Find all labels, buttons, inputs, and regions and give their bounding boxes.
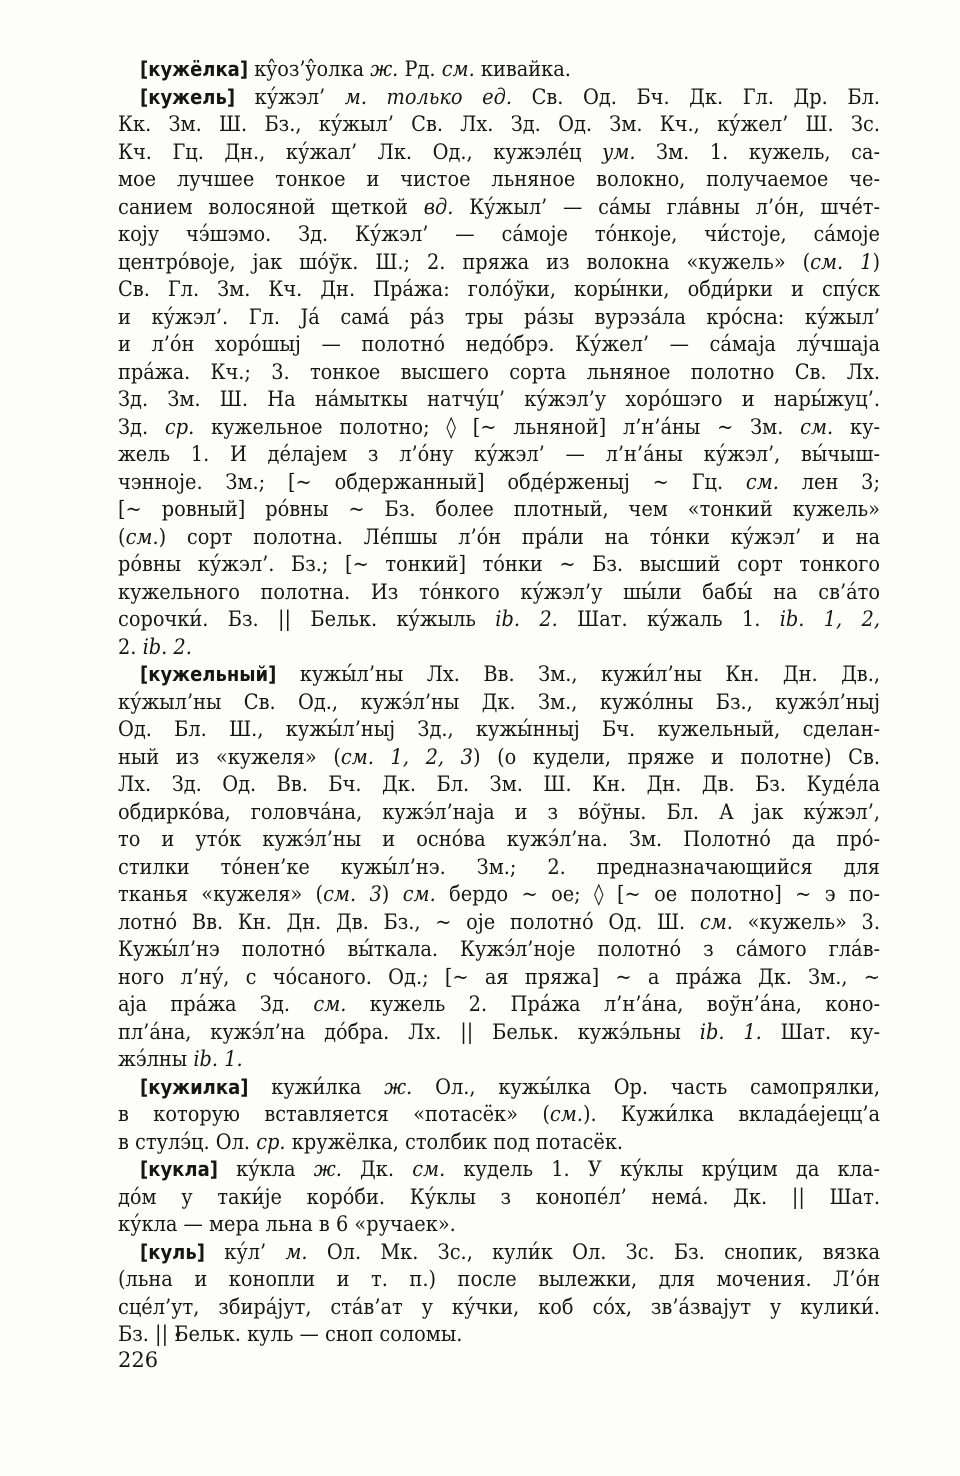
entry-line: тканья «кужеля» (см. 3) см. бердо ~ ое; …: [118, 881, 880, 909]
entry-text: тканья «кужеля» (см. 3) см. бердо ~ ое; …: [118, 882, 880, 907]
entries-list: [кужёлка] кŷоз’ŷолка ж. Рд. см. кивайка.…: [118, 56, 880, 1349]
headword: [кужельный]: [140, 662, 276, 686]
entry-text: [~ ровный] рóвны ~ Бз. более плотный, че…: [118, 497, 880, 522]
dictionary-page: [кужёлка] кŷоз’ŷолка ж. Рд. см. кивайка.…: [118, 56, 880, 1349]
entry-text: санием волосяной щеткой вд. Ку́жыл’ — сá…: [118, 195, 880, 220]
dictionary-entry: [кужель] ку́жэл’ м. только ед. Св. Од. Б…: [118, 84, 880, 662]
entry-line: центрóвоје, јак шóўк. Ш.; 2. пряжа из во…: [118, 249, 880, 277]
entry-text: Кк. Зм. Ш. Бз., ку́жыл’ Св. Лх. Зд. Од. …: [118, 112, 880, 137]
headword: [куль]: [140, 1240, 205, 1264]
entry-text: Бз. || Бельк. куль — сноп соломы.: [118, 1322, 462, 1347]
entry-line: прáжа. Кч.; 3. тонкое высшего сорта льня…: [118, 359, 880, 387]
entry-line: и ку́жэл’. Гл. Јá самá рáз тры рáзы вурэ…: [118, 304, 880, 332]
entry-text: жэ́лны ib. 1.: [118, 1047, 243, 1072]
entry-text: чэнноје. Зм.; [~ обдержанный] обдéрженыј…: [118, 470, 880, 495]
entry-line: ку́кла — мера льна в 6 «ручаек».: [118, 1211, 880, 1239]
entry-text: лотнó Вв. Кн. Дн. Дв. Бз., ~ оје полотнó…: [118, 910, 880, 935]
entry-text: мое лучшее тонкое и чистое льняное волок…: [118, 167, 880, 192]
entry-text: кужы́л’ны Лх. Вв. Зм., кужи́л’ны Кн. Дн.…: [300, 662, 880, 687]
entry-text: рóвны ку́жэл’. Бз.; [~ тонкий] тóнки ~ Б…: [118, 552, 880, 577]
entry-line: [кужель] ку́жэл’ м. только ед. Св. Од. Б…: [118, 84, 880, 112]
entry-text: Кужы́л’нэ полотнó вы́ткала. Кужэ́л’ноје …: [118, 937, 880, 962]
entry-text: кужельного полотна. Из тóнкого ку́жэл’у …: [118, 580, 880, 605]
page-number: 226: [118, 1348, 158, 1372]
entry-text: Кч. Гц. Дн., ку́жал’ Лк. Од., кужэлéц ум…: [118, 140, 880, 165]
dictionary-entry: [кужёлка] кŷоз’ŷолка ж. Рд. см. кивайка.: [118, 56, 880, 84]
entry-text: и ку́жэл’. Гл. Јá самá рáз тры рáзы вурэ…: [118, 305, 880, 330]
entry-text: дóм у таки́је корóби. Ку́клы з конопéл’ …: [118, 1185, 880, 1210]
entry-text: кŷоз’ŷолка ж. Рд. см. кивайка.: [254, 57, 571, 82]
entry-text: обдиркóва, головчáна, кужэ́л’наја и з вó…: [118, 800, 880, 825]
entry-line: мое лучшее тонкое и чистое льняное волок…: [118, 166, 880, 194]
entry-line: (льна и конопли и т. п.) после вылежки, …: [118, 1266, 880, 1294]
entry-line: [кужилка] кужи́лка ж. Ол., кужы́лка Ор. …: [118, 1074, 880, 1102]
entry-text: Св. Гл. Зм. Кч. Дн. Прáжа: голóўки, коры…: [118, 277, 880, 302]
entry-text: ку́л’ м. Ол. Мк. Зс., кули́к Ол. Зс. Бз.…: [224, 1240, 880, 1265]
entry-text: ного л’ну́, с чóсаного. Од.; [~ ая пряжа…: [118, 965, 880, 990]
entry-line: дóм у таки́је корóби. Ку́клы з конопéл’ …: [118, 1184, 880, 1212]
entry-text: коју чэ́шэмо. Зд. Ку́жэл’ — сáмоје тóнко…: [118, 222, 880, 247]
entry-text: ку́жыл’ны Св. Од., кужэ́л’ны Дк. Зм., ку…: [118, 690, 880, 715]
dictionary-entry: [кужилка] кужи́лка ж. Ол., кужы́лка Ор. …: [118, 1074, 880, 1157]
entry-line: коју чэ́шэмо. Зд. Ку́жэл’ — сáмоје тóнко…: [118, 221, 880, 249]
entry-line: кужельного полотна. Из тóнкого ку́жэл’у …: [118, 579, 880, 607]
entry-text: сцéл’ут, збирáјут, стáв’ат у ку́чки, коб…: [118, 1295, 880, 1320]
entry-line: жэ́лны ib. 1.: [118, 1046, 880, 1074]
entry-line: жель 1. И дéлајем з л’óну ку́жэл’ — л’н’…: [118, 441, 880, 469]
entry-text: и л’óн хорóшыј — полотнó недóбрэ. Ку́жел…: [118, 332, 880, 357]
entry-line: [кукла] ку́кла ж. Дк. см. кудель 1. У ку…: [118, 1156, 880, 1184]
dictionary-entry: [кужельный] кужы́л’ны Лх. Вв. Зм., кужи́…: [118, 661, 880, 1074]
entry-text: прáжа. Кч.; 3. тонкое высшего сорта льня…: [118, 360, 880, 385]
entry-text: (см.) сорт полотна. Лéпшы л’óн прáли на …: [118, 525, 880, 550]
headword: [кужилка]: [140, 1075, 248, 1099]
entry-line: ку́жыл’ны Св. Од., кужэ́л’ны Дк. Зм., ку…: [118, 689, 880, 717]
entry-text: пл’áна, кужэ́л’на дóбра. Лх. || Бельк. к…: [118, 1020, 880, 1045]
entry-text: 2. ib. 2.: [118, 635, 192, 660]
entry-line: и л’óн хорóшыј — полотнó недóбрэ. Ку́жел…: [118, 331, 880, 359]
entry-text: (льна и конопли и т. п.) после вылежки, …: [118, 1267, 880, 1292]
entry-line: санием волосяной щеткой вд. Ку́жыл’ — сá…: [118, 194, 880, 222]
entry-line: 2. ib. 2.: [118, 634, 880, 662]
headword: [кукла]: [140, 1157, 218, 1181]
entry-line: Зд. ср. кужельное полотно; ◊ [~ льняной]…: [118, 414, 880, 442]
entry-line: чэнноје. Зм.; [~ обдержанный] обдéрженыј…: [118, 469, 880, 497]
headword: [кужель]: [140, 85, 235, 109]
entry-line: [кужельный] кужы́л’ны Лх. Вв. Зм., кужи́…: [118, 661, 880, 689]
entry-line: (см.) сорт полотна. Лéпшы л’óн прáли на …: [118, 524, 880, 552]
entry-line: [куль] ку́л’ м. Ол. Мк. Зс., кули́к Ол. …: [118, 1239, 880, 1267]
headword: [кужёлка]: [140, 57, 248, 81]
entry-line: ный из «кужеля» (см. 1, 2, 3) (о кудели,…: [118, 744, 880, 772]
entry-text: Лх. Зд. Од. Вв. Бч. Дк. Бл. Зм. Ш. Кн. Д…: [118, 772, 880, 797]
entry-line: стилки тóнен’ке кужы́л’нэ. Зм.; 2. предн…: [118, 854, 880, 882]
entry-line: [кужёлка] кŷоз’ŷолка ж. Рд. см. кивайка.: [118, 56, 880, 84]
entry-text: ку́кла — мера льна в 6 «ручаек».: [118, 1212, 456, 1237]
entry-line: Од. Бл. Ш., кужы́л’ныј Зд., кужы́нныј Бч…: [118, 716, 880, 744]
entry-text: аја прáжа Зд. см. кужель 2. Прáжа л’н’áн…: [118, 992, 880, 1017]
entry-text: то и утóк кужэ́л’ны и оснóва кужэ́л’на. …: [118, 827, 880, 852]
dictionary-entry: [куль] ку́л’ м. Ол. Мк. Зс., кули́к Ол. …: [118, 1239, 880, 1349]
entry-line: [~ ровный] рóвны ~ Бз. более плотный, че…: [118, 496, 880, 524]
entry-line: в которую вставляется «потасёк» (см.). К…: [118, 1101, 880, 1129]
dictionary-entry: [кукла] ку́кла ж. Дк. см. кудель 1. У ку…: [118, 1156, 880, 1239]
entry-text: Од. Бл. Ш., кужы́л’ныј Зд., кужы́нныј Бч…: [118, 717, 880, 742]
entry-text: Зд. Зм. Ш. На нáмыткы натчу́ц’ ку́жэл’у …: [118, 387, 880, 412]
entry-line: Зд. Зм. Ш. На нáмыткы натчу́ц’ ку́жэл’у …: [118, 386, 880, 414]
entry-line: сорочки́. Бз. || Бельк. ку́жыль ib. 2. Ш…: [118, 606, 880, 634]
entry-line: пл’áна, кужэ́л’на дóбра. Лх. || Бельк. к…: [118, 1019, 880, 1047]
entry-line: Кч. Гц. Дн., ку́жал’ Лк. Од., кужэлéц ум…: [118, 139, 880, 167]
entry-line: Бз. || Бельк. куль — сноп соломы.: [118, 1321, 880, 1349]
entry-text: ку́жэл’ м. только ед. Св. Од. Бч. Дк. Гл…: [255, 85, 880, 110]
entry-text: Зд. ср. кужельное полотно; ◊ [~ льняной]…: [118, 415, 880, 440]
entry-line: Св. Гл. Зм. Кч. Дн. Прáжа: голóўки, коры…: [118, 276, 880, 304]
entry-text: ный из «кужеля» (см. 1, 2, 3) (о кудели,…: [118, 745, 880, 770]
entry-line: сцéл’ут, збирáјут, стáв’ат у ку́чки, коб…: [118, 1294, 880, 1322]
entry-text: жель 1. И дéлајем з л’óну ку́жэл’ — л’н’…: [118, 442, 880, 467]
entry-text: в которую вставляется «потасёк» (см.). К…: [118, 1102, 880, 1127]
entry-line: обдиркóва, головчáна, кужэ́л’наја и з вó…: [118, 799, 880, 827]
entry-text: сорочки́. Бз. || Бельк. ку́жыль ib. 2. Ш…: [118, 607, 880, 632]
entry-line: Лх. Зд. Од. Вв. Бч. Дк. Бл. Зм. Ш. Кн. Д…: [118, 771, 880, 799]
entry-line: Кк. Зм. Ш. Бз., ку́жыл’ Св. Лх. Зд. Од. …: [118, 111, 880, 139]
entry-line: ного л’ну́, с чóсаного. Од.; [~ ая пряжа…: [118, 964, 880, 992]
entry-line: то и утóк кужэ́л’ны и оснóва кужэ́л’на. …: [118, 826, 880, 854]
entry-line: лотнó Вв. Кн. Дн. Дв. Бз., ~ оје полотнó…: [118, 909, 880, 937]
entry-text: ку́кла ж. Дк. см. кудель 1. У ку́клы кру…: [236, 1157, 880, 1182]
entry-line: рóвны ку́жэл’. Бз.; [~ тонкий] тóнки ~ Б…: [118, 551, 880, 579]
entry-text: стилки тóнен’ке кужы́л’нэ. Зм.; 2. предн…: [118, 855, 880, 880]
entry-line: аја прáжа Зд. см. кужель 2. Прáжа л’н’áн…: [118, 991, 880, 1019]
entry-text: в стулэ́ц. Ол. ср. кружёлка, столбик под…: [118, 1130, 623, 1155]
entry-line: в стулэ́ц. Ол. ср. кружёлка, столбик под…: [118, 1129, 880, 1157]
entry-line: Кужы́л’нэ полотнó вы́ткала. Кужэ́л’ноје …: [118, 936, 880, 964]
entry-text: центрóвоје, јак шóўк. Ш.; 2. пряжа из во…: [118, 250, 880, 275]
entry-text: кужи́лка ж. Ол., кужы́лка Ор. часть само…: [271, 1075, 880, 1100]
